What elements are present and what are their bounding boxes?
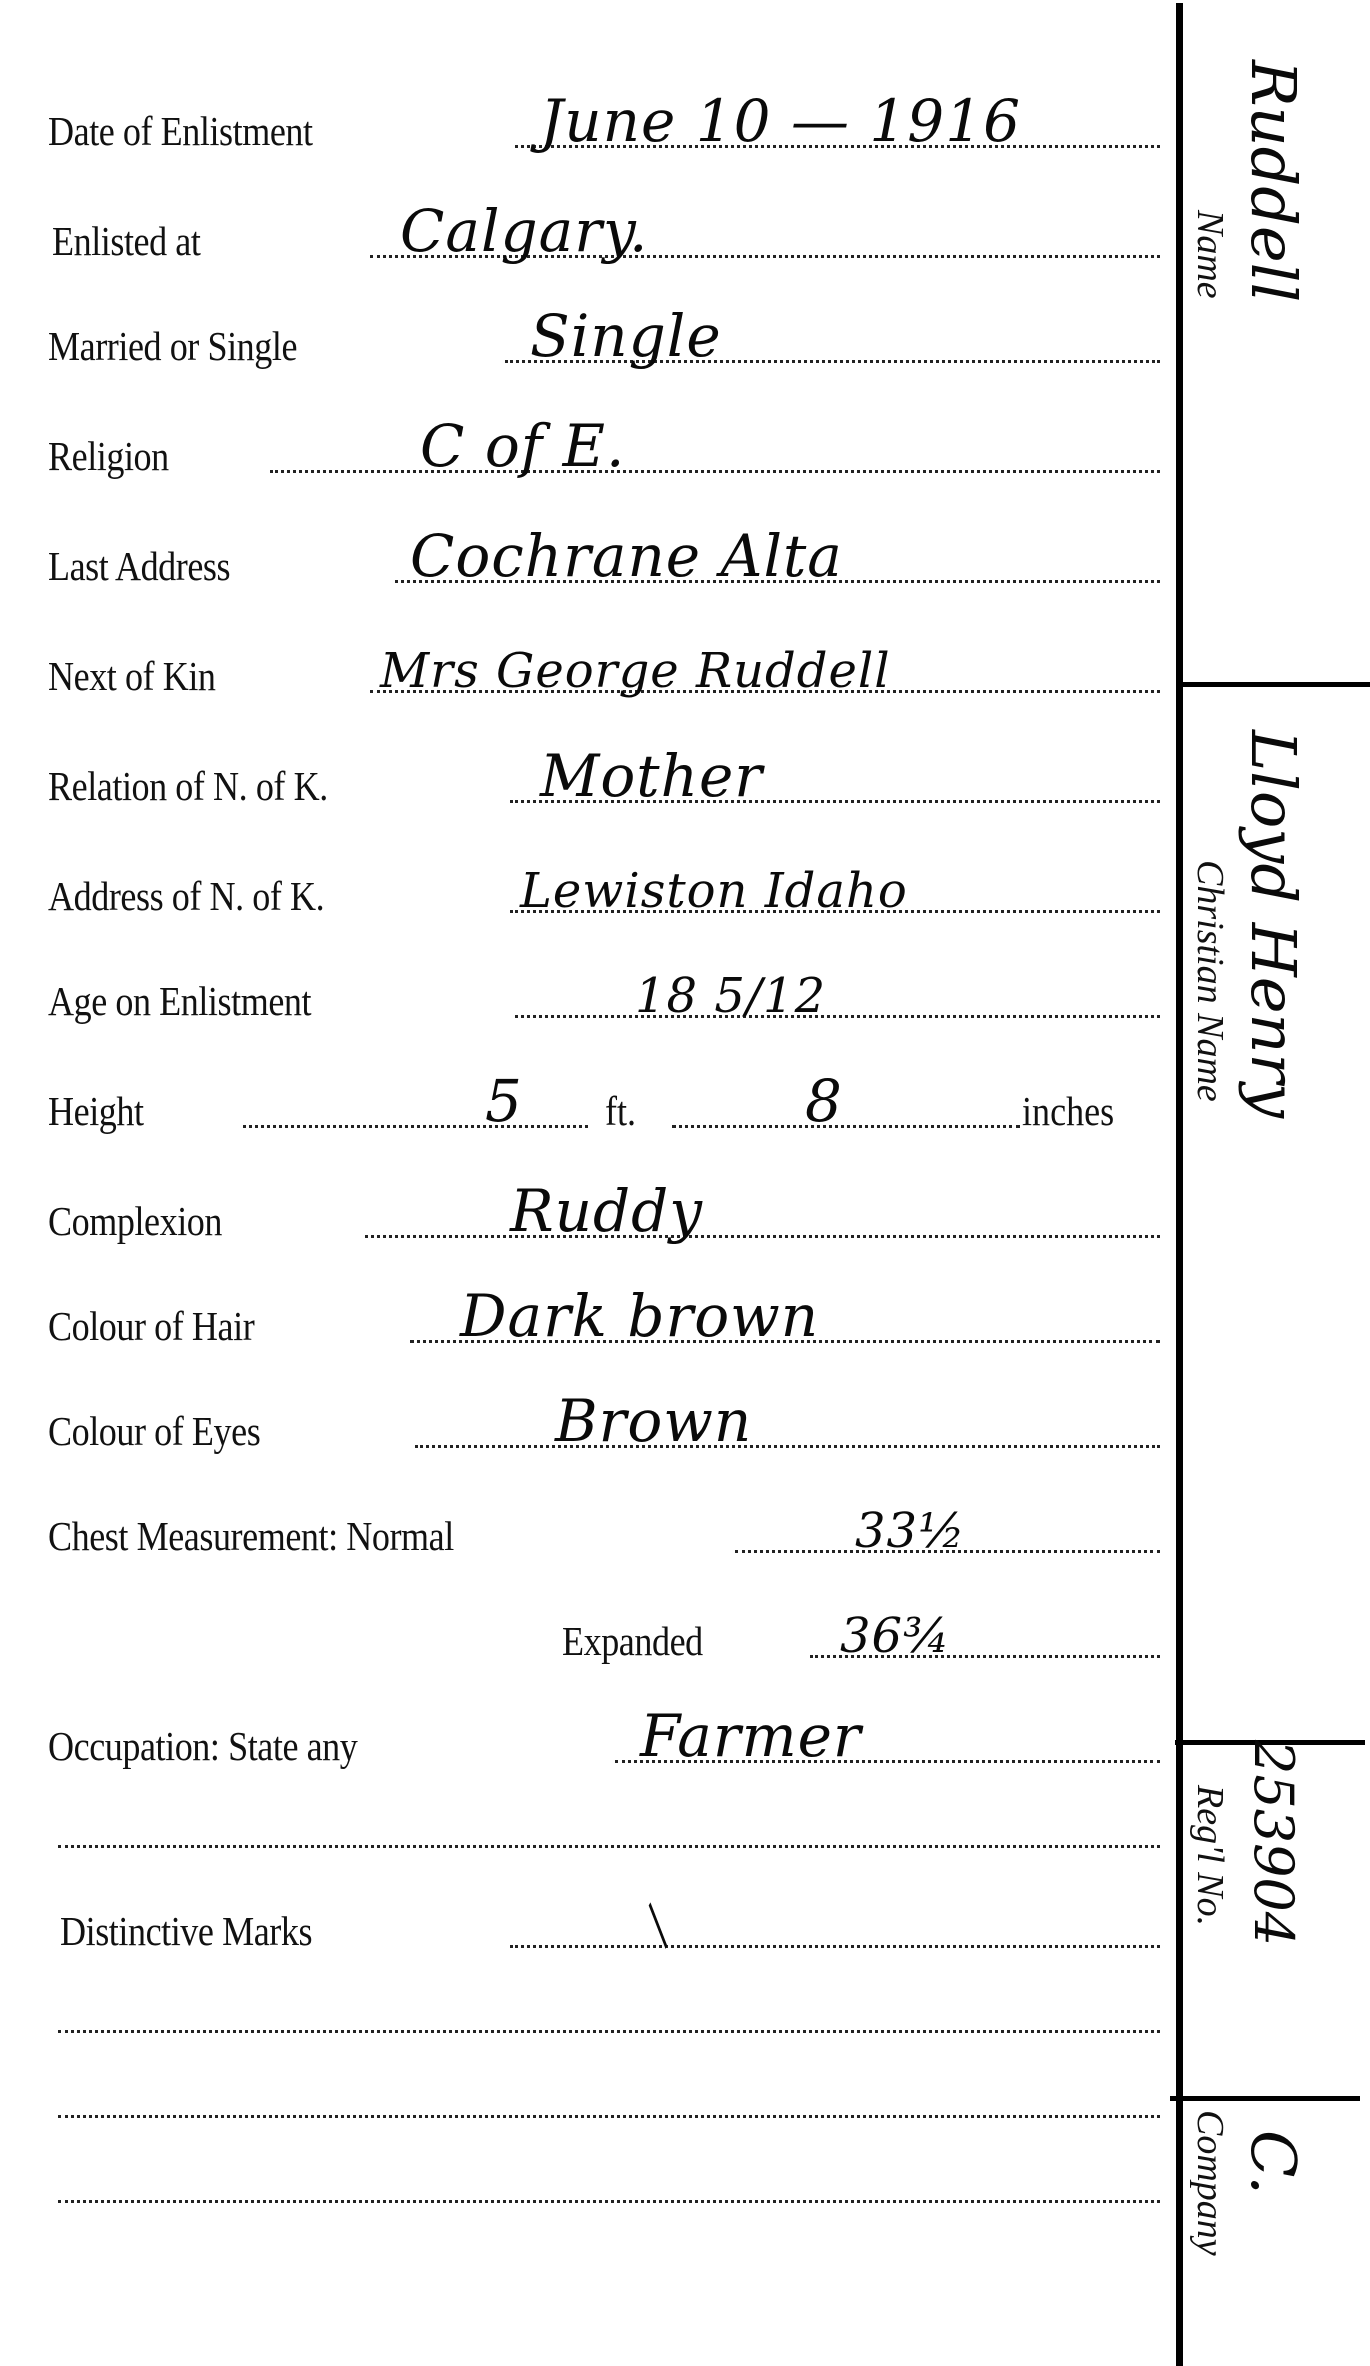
dotted-line [270,470,1160,473]
surname-value: Ruddell [1237,60,1310,302]
handwritten-value: Lewiston Idaho [520,867,908,915]
pen-mark: ⁄ [636,1910,682,1942]
handwritten-value: 33½ [855,1507,966,1555]
label: Distinctive Marks [60,1911,312,1952]
christian-name-label: Christian Name [1188,860,1232,1102]
handwritten-value: 36¾ [840,1612,951,1660]
blank-line-3 [0,2155,1160,2215]
dotted-line [58,2115,1160,2118]
field-chest-normal: Chest Measurement: Normal 33½ [0,1505,1160,1565]
field-height: Height 5 ft. 8 inches [0,1080,1160,1140]
label: Age on Enlistment [48,981,311,1022]
field-chest-expanded: Expanded 36¾ [0,1610,1160,1670]
label: Occupation: State any [48,1726,357,1767]
handwritten-value: Farmer [640,1707,862,1765]
handwritten-value: Brown [555,1392,752,1450]
christian-name-value: Lloyd Henry [1237,730,1310,1118]
label: Last Address [48,546,230,587]
field-address-of-next-of-kin: Address of N. of K. Lewiston Idaho [0,865,1160,925]
field-last-address: Last Address Cochrane Alta [0,535,1160,595]
handwritten-value: 18 5/12 [635,972,826,1020]
company-value: C. [1237,2130,1310,2195]
handwritten-feet: 5 [485,1072,523,1130]
label: Next of Kin [48,656,216,697]
field-colour-of-hair: Colour of Hair Dark brown [0,1295,1160,1355]
inches-unit: inches [1022,1091,1114,1132]
field-colour-of-eyes: Colour of Eyes Brown [0,1400,1160,1460]
handwritten-inches: 8 [805,1072,843,1130]
field-next-of-kin: Next of Kin Mrs George Ruddell [0,645,1160,705]
dotted-line [58,2200,1160,2203]
field-age-on-enlistment: Age on Enlistment 18 5/12 [0,970,1160,1030]
handwritten-value: Ruddy [510,1182,703,1240]
dotted-line [415,1445,1160,1448]
label: Chest Measurement: Normal [48,1516,454,1557]
field-married-or-single: Married or Single Single [0,315,1160,375]
divider-regl-no [1170,2096,1360,2101]
regl-no-value: 253904 [1242,1740,1305,1946]
handwritten-value: C of E. [420,417,625,475]
dotted-line-inches [672,1125,1020,1128]
field-date-of-enlistment: Date of Enlistment June 10 — 1916 [0,100,1160,160]
dotted-line [58,2030,1160,2033]
label: Complexion [48,1201,222,1242]
feet-unit: ft. [605,1091,636,1132]
label: Address of N. of K. [48,876,324,917]
label: Enlisted at [52,221,200,262]
label: Date of Enlistment [48,111,313,152]
handwritten-value: Calgary. [400,202,648,260]
blank-line-1 [0,1985,1160,2045]
label: Religion [48,436,169,477]
dotted-line [515,1015,1160,1018]
field-relation-of-next-of-kin: Relation of N. of K. Mother [0,755,1160,815]
handwritten-value: Mrs George Ruddell [380,647,891,695]
field-religion: Religion C of E. [0,425,1160,485]
label: Colour of Eyes [48,1411,260,1452]
field-occupation-continuation [0,1800,1160,1860]
label: Height [48,1091,144,1132]
dotted-line [58,1845,1160,1848]
field-enlisted-at: Enlisted at Calgary. [0,210,1160,270]
dotted-line-feet [243,1125,588,1128]
dotted-line [365,1235,1160,1238]
divider-name [1183,682,1370,687]
column-divider [1176,3,1183,2366]
field-distinctive-marks: Distinctive Marks ⁄ [0,1900,1160,1960]
handwritten-value: Single [530,307,722,365]
field-complexion: Complexion Ruddy [0,1190,1160,1250]
label: Relation of N. of K. [48,766,328,807]
attestation-card: Date of Enlistment June 10 — 1916 Enlist… [0,0,1370,2366]
blank-line-2 [0,2070,1160,2130]
handwritten-value: June 10 — 1916 [540,92,1021,150]
name-label: Name [1188,210,1232,299]
handwritten-value: Dark brown [460,1287,819,1345]
regl-no-label: Reg'l No. [1188,1785,1232,1926]
label: Expanded [562,1621,703,1662]
field-occupation: Occupation: State any Farmer [0,1715,1160,1775]
label: Married or Single [48,326,297,367]
handwritten-value: Cochrane Alta [410,527,843,585]
company-label: Company [1188,2110,1232,2256]
dotted-line [510,1945,1160,1948]
label: Colour of Hair [48,1306,254,1347]
handwritten-value: Mother [540,747,763,805]
